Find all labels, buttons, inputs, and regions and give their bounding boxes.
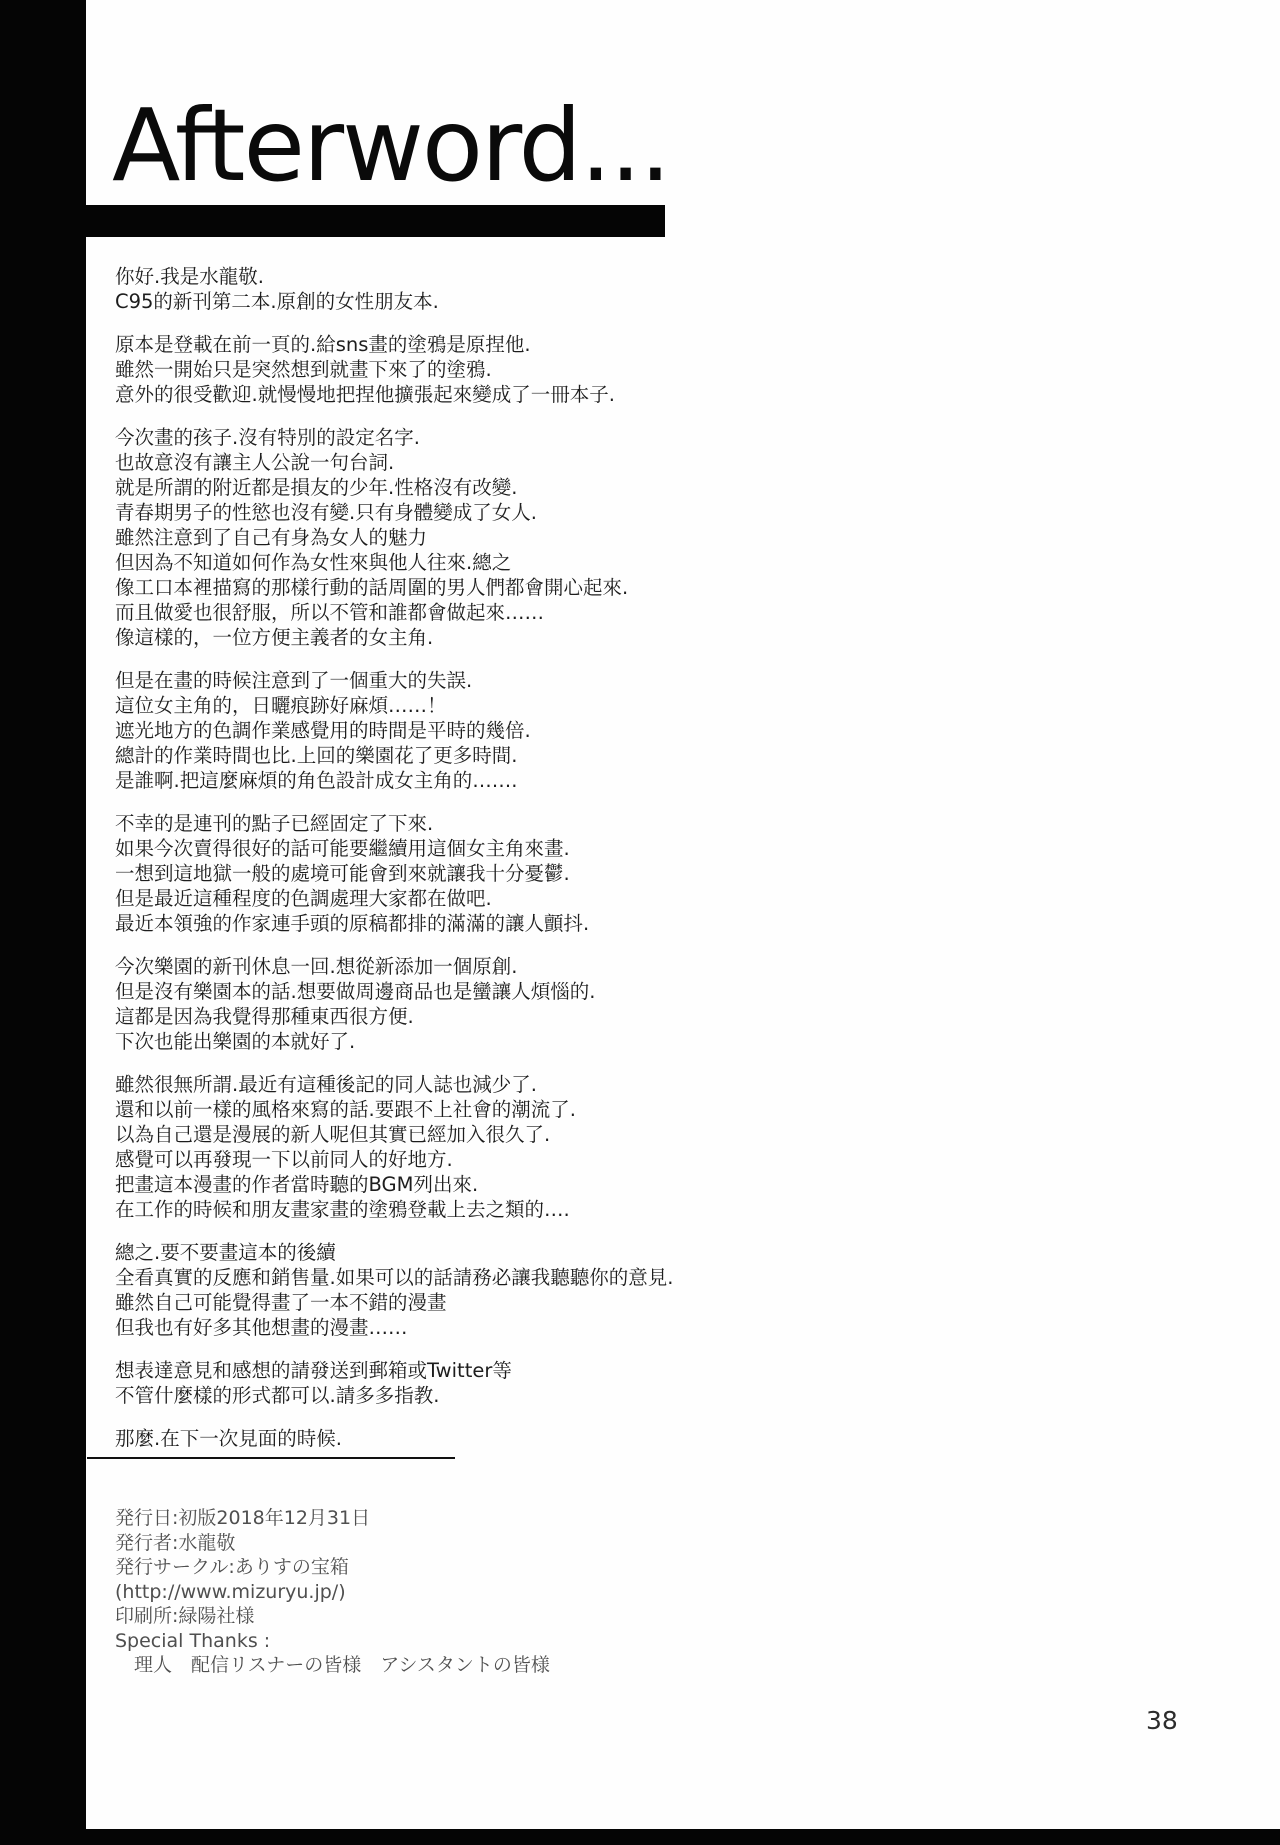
afterword-paragraph: 總之.要不要畫這本的後續 全看真實的反應和銷售量.如果可以的話請務必讓我聽聽你的… — [115, 1240, 815, 1340]
afterword-page: Afterword... 你好.我是水龍敬. C95的新刊第二本.原創的女性朋友… — [0, 0, 1280, 1845]
left-black-column — [0, 0, 86, 1845]
afterword-paragraph: 不幸的是連刊的點子已經固定了下來. 如果今次賣得很好的話可能要繼續用這個女主角來… — [115, 811, 815, 936]
afterword-paragraph: 那麼.在下一次見面的時候. — [115, 1426, 815, 1451]
afterword-paragraph: 想表達意見和感想的請發送到郵箱或Twitter等 不管什麼樣的形式都可以.請多多… — [115, 1358, 815, 1408]
afterword-body: 你好.我是水龍敬. C95的新刊第二本.原創的女性朋友本. 原本是登載在前一頁的… — [115, 264, 815, 1451]
page-title: Afterword... — [112, 92, 669, 200]
page-number: 38 — [1146, 1706, 1178, 1735]
afterword-paragraph: 今次畫的孩子.沒有特別的設定名字. 也故意沒有讓主人公說一句台詞. 就是所謂的附… — [115, 425, 815, 650]
afterword-paragraph: 雖然很無所謂.最近有這種後記的同人誌也減少了. 還和以前一樣的風格來寫的話.要跟… — [115, 1072, 815, 1222]
colophon-divider-line — [87, 1457, 455, 1459]
afterword-paragraph: 你好.我是水龍敬. C95的新刊第二本.原創的女性朋友本. — [115, 264, 815, 314]
afterword-paragraph: 今次樂園的新刊休息一回.想從新添加一個原創. 但是沒有樂園本的話.想要做周邊商品… — [115, 954, 815, 1054]
title-underline-bar — [0, 205, 665, 237]
afterword-paragraph: 原本是登載在前一頁的.給sns畫的塗鴉是原捏他. 雖然一開始只是突然想到就畫下來… — [115, 332, 815, 407]
colophon-block: 発行日:初版2018年12月31日 発行者:水龍敬 発行サークル:ありすの宝箱 … — [115, 1506, 675, 1678]
bottom-black-bar — [0, 1829, 1280, 1845]
afterword-paragraph: 但是在畫的時候注意到了一個重大的失誤. 這位女主角的，日曬痕跡好麻煩……！ 遮光… — [115, 668, 815, 793]
